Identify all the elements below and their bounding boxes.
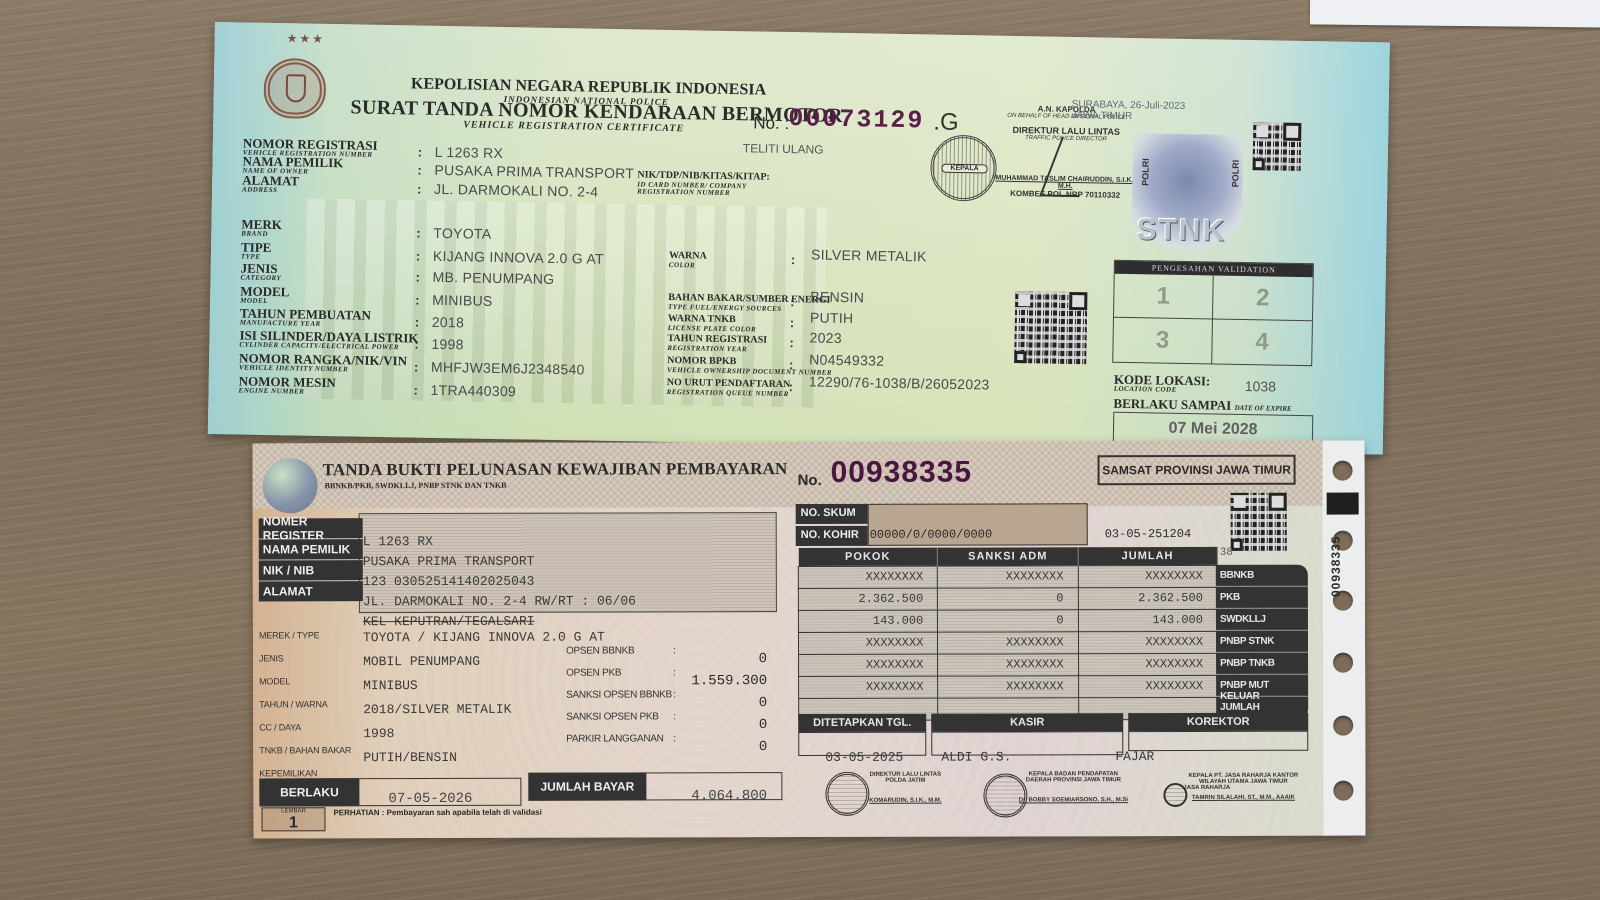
signatory: DIREKTUR LALU LINTAS POLDA JATIM KOMARUD… bbox=[865, 772, 945, 804]
kepala-stamp-icon: KEPALA bbox=[930, 135, 997, 202]
opsen-label: SANKSI OPSEN BBNKB bbox=[566, 689, 672, 700]
field-label: ISI SILINDER/DAYA LISTRIKCYLINDER CAPACI… bbox=[239, 329, 418, 351]
colon: : bbox=[418, 145, 423, 160]
opsen-value: 0 bbox=[759, 651, 767, 667]
identity-label: NOMER REGISTER bbox=[259, 518, 363, 538]
colon: : bbox=[414, 360, 419, 375]
field-value: 2018 bbox=[432, 314, 465, 331]
fee-jumlah: XXXXXXXX bbox=[1078, 565, 1217, 587]
fee-row-label: PNBP STNK bbox=[1216, 631, 1308, 653]
opsen-value: 1.559.300 bbox=[691, 673, 767, 689]
stnk-number-label: No. : bbox=[753, 113, 789, 134]
fee-row: XXXXXXXXXXXXXXXXXXXXXXXX bbox=[799, 653, 1218, 676]
colon: : bbox=[789, 335, 794, 350]
fee-pokok: XXXXXXXX bbox=[798, 566, 937, 588]
fee-sanksi: 0 bbox=[938, 609, 1078, 631]
opsen-label: PARKIR LANGGANAN bbox=[566, 733, 663, 744]
fee-row: XXXXXXXXXXXXXXXXXXXXXXXX bbox=[798, 565, 1217, 588]
approval-label: KASIR bbox=[931, 713, 1123, 732]
lembar-box: LEMBAR1 bbox=[261, 807, 325, 831]
colon: : bbox=[791, 252, 796, 267]
berlaku-label: BERLAKU bbox=[259, 778, 359, 806]
field-value: SILVER METALIK bbox=[811, 246, 927, 264]
stnk-certificate: ★★★ KEPOLISIAN NEGARA REPUBLIK INDONESIA… bbox=[208, 22, 1390, 454]
corrector-name: FAJAR bbox=[1115, 749, 1154, 764]
paper-sheet-corner bbox=[1310, 0, 1600, 28]
field-label: NOMOR BPKBVEHICLE OWNERSHIP DOCUMENT NUM… bbox=[667, 355, 832, 377]
cashier-name: ALDI G.S. bbox=[941, 749, 1011, 764]
vehicle-value: 2018/SILVER METALIK bbox=[363, 702, 511, 717]
field-value: PUSAKA PRIMA TRANSPORT bbox=[434, 162, 634, 181]
identity-value: 123 030525141402025043 bbox=[363, 574, 535, 589]
opsen-value: 0 bbox=[759, 739, 767, 755]
office-label: SAMSAT PROVINSI JAWA TIMUR bbox=[1098, 455, 1296, 486]
approval-label: DITETAPKAN TGL. bbox=[798, 714, 926, 732]
colon: : bbox=[673, 689, 676, 700]
field-value: BENSIN bbox=[810, 288, 864, 305]
fee-column-header: SANKSI ADM bbox=[938, 547, 1078, 565]
colon: : bbox=[673, 733, 676, 744]
validation-grid: PENGESAHAN VALIDATION 1 2 3 4 bbox=[1112, 260, 1314, 366]
vehicle-label: CC / DAYA bbox=[259, 722, 301, 732]
stnk-right-fields: WARNACOLOR:SILVER METALIKBAHAN BAKAR/SUM… bbox=[215, 22, 1390, 43]
fee-row: XXXXXXXXXXXXXXXXXXXXXXXX bbox=[799, 675, 1218, 698]
stamp-icon bbox=[825, 772, 869, 816]
field-label: WARNACOLOR bbox=[669, 250, 707, 270]
receipt-title: TANDA BUKTI PELUNASAN KEWAJIBAN PEMBAYAR… bbox=[323, 459, 788, 480]
field-value: 2023 bbox=[809, 329, 842, 346]
field-label: NO URUT PENDAFTARANREGISTRATION QUEUE NU… bbox=[667, 377, 791, 398]
colon: : bbox=[673, 645, 676, 656]
fee-jumlah: 143.000 bbox=[1078, 609, 1217, 631]
colon: : bbox=[673, 667, 676, 678]
fee-jumlah: 2.362.500 bbox=[1078, 587, 1217, 609]
vehicle-label: TAHUN / WARNA bbox=[259, 699, 327, 709]
fees-table: POKOKSANKSI ADMJUMLAH XXXXXXXXXXXXXXXXXX… bbox=[798, 547, 1308, 721]
stnk-logo: STNK bbox=[1136, 213, 1226, 249]
issue-place-date: SURABAYA, 26-Juli-2023 JAWA TIMUR bbox=[1071, 99, 1185, 123]
colon: : bbox=[789, 379, 794, 394]
colon: : bbox=[790, 294, 795, 309]
vehicle-value: MOBIL PENUMPANG bbox=[363, 654, 480, 669]
identity-value: KEL KEPUTRAN/TEGALSARI bbox=[363, 614, 535, 629]
approval-label: KOREKTOR bbox=[1128, 713, 1308, 731]
vehicle-label: KEPEMILIKAN bbox=[259, 768, 317, 778]
identity-value: L 1263 RX bbox=[363, 534, 433, 549]
colon: : bbox=[413, 383, 418, 398]
fee-row-labels: BBNKBPKBSWDKLLJPNBP STNKPNBP TNKBPNBP MU… bbox=[1216, 565, 1308, 719]
validation-cell: 1 bbox=[1114, 274, 1214, 320]
fee-pokok: XXXXXXXX bbox=[799, 654, 938, 676]
fee-row-label: BBNKB bbox=[1216, 565, 1308, 587]
field-label: NOMOR RANGKA/NIK/VINVEHICLE IDENTITY NUM… bbox=[239, 352, 407, 374]
identity-value: PUSAKA PRIMA TRANSPORT bbox=[363, 554, 535, 569]
fee-row-label: PNBP MUT KELUAR bbox=[1216, 675, 1308, 697]
vehicle-label: MODEL bbox=[259, 676, 290, 686]
fee-pokok: 143.000 bbox=[798, 610, 937, 632]
validation-notice: PERHATIAN : Pembayaran sah apabila telah… bbox=[333, 808, 541, 818]
approval-box bbox=[1128, 731, 1308, 751]
fee-row: 2.362.50002.362.500 bbox=[798, 587, 1217, 610]
field-value: 12290/76-1038/B/26052023 bbox=[809, 373, 990, 392]
colon: : bbox=[417, 182, 422, 197]
hologram-icon bbox=[263, 458, 318, 513]
field-value: TOYOTA bbox=[433, 225, 491, 242]
colon: : bbox=[673, 711, 676, 722]
perforated-strip: 00938335 bbox=[1322, 441, 1365, 836]
colon: : bbox=[417, 163, 422, 178]
field-label: MERKBRAND bbox=[241, 218, 282, 238]
polri-label-left: POLRI bbox=[1140, 158, 1150, 186]
jumlah-bayar-label: JUMLAH BAYAR bbox=[528, 772, 646, 800]
jumlah-bayar-value: 4.064.800 bbox=[691, 788, 767, 804]
opsen-label: OPSEN PKB bbox=[566, 667, 621, 678]
fee-sanksi: XXXXXXXX bbox=[938, 565, 1078, 587]
fee-jumlah: XXXXXXXX bbox=[1078, 675, 1217, 697]
fee-pokok: 2.362.500 bbox=[798, 588, 937, 610]
qr-code-icon bbox=[1014, 291, 1087, 364]
field-label: JENISCATEGORY bbox=[240, 262, 281, 282]
vehicle-label: MEREK / TYPE bbox=[259, 630, 319, 640]
fee-row: 143.0000143.000 bbox=[798, 609, 1217, 632]
stnk-left-fields: NOMOR REGISTRASIVEHICLE REGISTRATION NUM… bbox=[215, 22, 1390, 43]
identity-label: ALAMAT bbox=[259, 581, 363, 601]
fee-jumlah: XXXXXXXX bbox=[1078, 631, 1217, 653]
qr-code-icon bbox=[1253, 122, 1302, 171]
check-note: TELITI ULANG bbox=[743, 141, 824, 156]
vehicle-value: 1998 bbox=[363, 726, 394, 741]
opsen-label: SANKSI OPSEN PKB bbox=[566, 711, 658, 722]
police-emblem-icon bbox=[263, 58, 326, 119]
field-value: JL. DARMOKALI NO. 2-4 bbox=[434, 181, 598, 200]
fee-pokok: XXXXXXXX bbox=[799, 676, 938, 698]
approval-headers: DITETAPKAN TGL. KASIR KOREKTOR bbox=[798, 713, 1308, 732]
receipt-number-label: No. bbox=[798, 472, 822, 489]
colon: : bbox=[415, 293, 420, 308]
payment-receipt: TANDA BUKTI PELUNASAN KEWAJIBAN PEMBAYAR… bbox=[252, 441, 1365, 839]
fee-jumlah: XXXXXXXX bbox=[1078, 653, 1217, 675]
field-label: ALAMATADDRESS bbox=[242, 175, 299, 195]
receipt-number: 00938335 bbox=[831, 456, 973, 490]
identity-value: JL. DARMOKALI NO. 2-4 RW/RT : 06/06 bbox=[363, 593, 636, 609]
field-value: MB. PENUMPANG bbox=[432, 269, 554, 287]
location-code-value: 1038 bbox=[1245, 378, 1276, 395]
vehicle-label: TNKB / BAHAN BAKAR bbox=[259, 745, 351, 755]
signatory: KEPALA BADAN PENDAPATAN DAERAH PROVINSI … bbox=[1018, 771, 1128, 803]
field-value: MHFJW3EM6J2348540 bbox=[431, 359, 585, 378]
field-value: N04549332 bbox=[809, 351, 884, 368]
field-label: BAHAN BAKAR/SUMBER ENERGITYPE FUEL/ENERG… bbox=[668, 292, 831, 314]
fee-column-header: POKOK bbox=[798, 548, 937, 566]
validation-cell: 3 bbox=[1113, 318, 1213, 364]
colon: : bbox=[416, 249, 421, 264]
vehicle-value: PUTIH/BENSIN bbox=[363, 750, 457, 765]
fee-column-header: JUMLAH bbox=[1078, 547, 1217, 565]
stars-icon: ★★★ bbox=[287, 31, 326, 46]
field-value: MINIBUS bbox=[432, 292, 493, 309]
field-label: MODELMODEL bbox=[240, 285, 289, 305]
field-label: TAHUN PEMBUATANMANUFACTURE YEAR bbox=[240, 307, 371, 328]
receipt-subtitle: BBNKB/PKB, SWDKLLJ, PNBP STNK DAN TNKB bbox=[325, 481, 507, 490]
side-serial: 00938335 bbox=[1329, 536, 1343, 597]
field-value: KIJANG INNOVA 2.0 G AT bbox=[433, 248, 604, 267]
colon: : bbox=[789, 357, 794, 372]
field-value: PUTIH bbox=[810, 309, 854, 326]
kohir-value: 00000/0/0000/0000 bbox=[870, 528, 992, 542]
field-value: 1998 bbox=[431, 336, 464, 353]
field-value: L 1263 RX bbox=[435, 144, 504, 161]
identity-label: NAMA PEMILIK bbox=[259, 539, 363, 559]
qr-code-icon bbox=[1231, 493, 1287, 551]
validation-cell: 2 bbox=[1213, 275, 1313, 321]
small-ref: 38 bbox=[1220, 547, 1233, 559]
skum-reference: 03-05-251204 bbox=[1105, 527, 1191, 541]
field-label: NOMOR MESINENGINE NUMBER bbox=[239, 375, 336, 396]
fee-sanksi: XXXXXXXX bbox=[938, 675, 1078, 697]
field-value: 1TRA440309 bbox=[430, 382, 516, 399]
approval-date: 03-05-2025 bbox=[825, 750, 903, 765]
identity-label: NIK / NIB bbox=[259, 560, 363, 580]
opsen-value: 0 bbox=[759, 695, 767, 711]
fee-sanksi: 0 bbox=[938, 587, 1078, 609]
stnk-number-suffix: .G bbox=[933, 109, 959, 137]
opsen-value: 0 bbox=[759, 717, 767, 733]
fee-row-label: PNBP TNKB bbox=[1216, 653, 1308, 675]
colon: : bbox=[790, 315, 795, 330]
stnk-number: 00073129 bbox=[788, 104, 925, 135]
field-label: WARNA TNKBLICENSE PLATE COLOR bbox=[668, 313, 757, 334]
location-code-label: KODE LOKASI:LOCATION CODE bbox=[1114, 374, 1211, 395]
fee-row-label: PKB bbox=[1216, 587, 1308, 609]
fee-sanksi: XXXXXXXX bbox=[938, 631, 1078, 653]
polri-label-right: POLRI bbox=[1230, 160, 1240, 188]
fee-row: XXXXXXXXXXXXXXXXXXXXXXXX bbox=[798, 631, 1217, 654]
fee-sanksi: XXXXXXXX bbox=[938, 653, 1078, 675]
field-label: TAHUN REGISTRASIREGISTRATION YEAR bbox=[667, 333, 767, 354]
nik-label: NIK/TDP/NIB/KITAS/KITAP: ID CARD NUMBER/… bbox=[637, 169, 787, 198]
berlaku-value: 07-05-2026 bbox=[388, 791, 472, 807]
validation-cell: 4 bbox=[1212, 319, 1312, 365]
colon: : bbox=[415, 270, 420, 285]
vehicle-value: TOYOTA / KIJANG INNOVA 2.0 G AT bbox=[363, 630, 605, 646]
fee-row-label: SWDKLLJ bbox=[1216, 609, 1308, 631]
colon: : bbox=[415, 315, 420, 330]
vehicle-label: JENIS bbox=[259, 653, 284, 663]
fee-pokok: XXXXXXXX bbox=[798, 632, 937, 654]
opsen-label: OPSEN BBNKB bbox=[566, 645, 634, 656]
colon: : bbox=[416, 226, 421, 241]
signatory: KEPALA PT. JASA RAHARJA KANTOR WILAYAH U… bbox=[1183, 773, 1303, 801]
vehicle-value: MINIBUS bbox=[363, 678, 418, 693]
field-label: TIPETYPE bbox=[241, 241, 272, 261]
colon: : bbox=[414, 337, 419, 352]
